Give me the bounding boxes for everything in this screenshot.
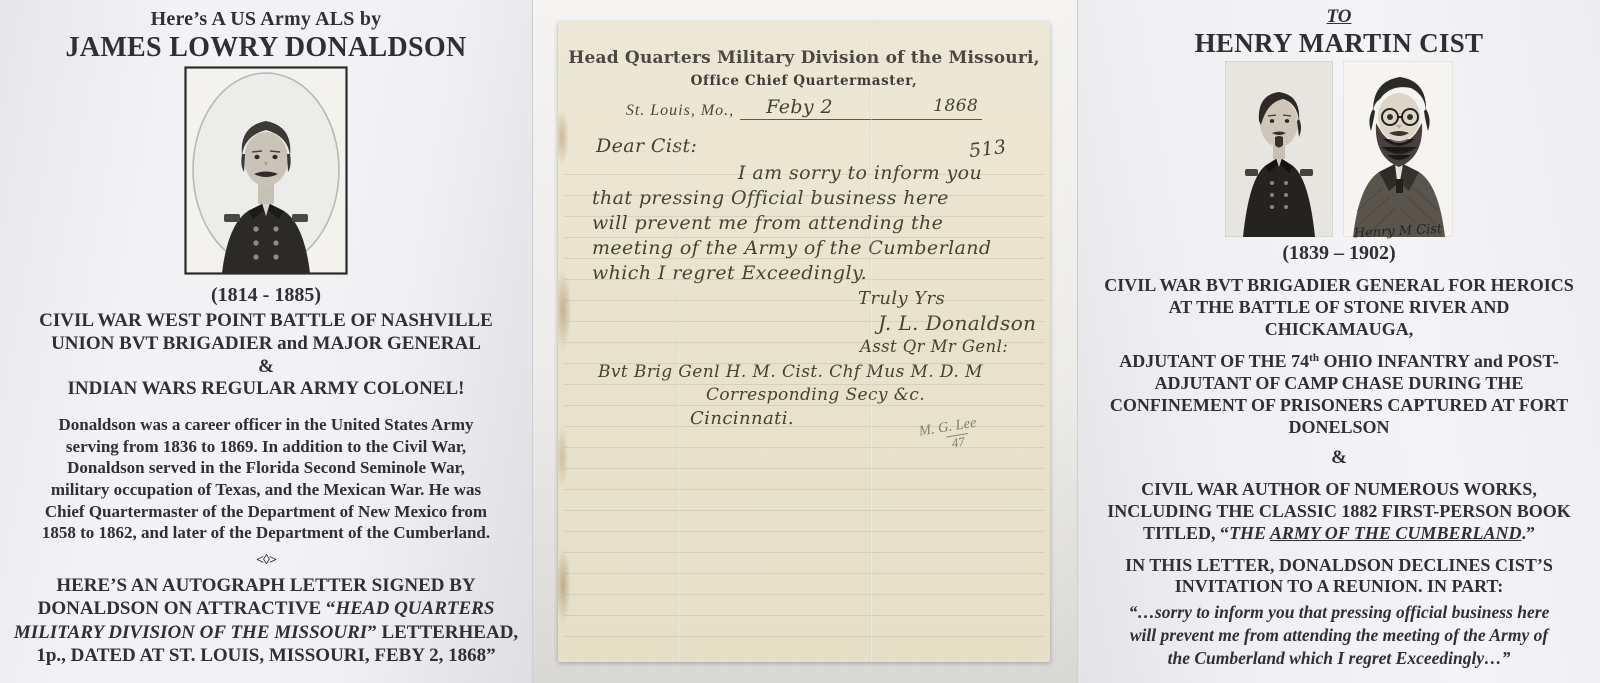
adjutant-line1-post: OHIO INFANTRY and POST-: [1319, 351, 1559, 371]
author-lines: CIVIL WAR AUTHOR OF NUMEROUS WORKS, INCL…: [1085, 479, 1593, 523]
listing-image: Here’s A US Army ALS by JAMES LOWRY DONA…: [0, 0, 1600, 683]
left-intro-line: Here’s A US Army ALS by: [8, 8, 524, 31]
cist-young-portrait-photo: [1225, 61, 1333, 237]
cist-author-paragraph: CIVIL WAR AUTHOR OF NUMEROUS WORKS, INCL…: [1085, 479, 1593, 545]
recipient-address-line2: Corresponding Secy &c.: [706, 385, 1050, 405]
letter-excerpt-quote: “…sorry to inform you that pressing offi…: [1085, 601, 1593, 669]
adjutant-rest-lines: ADJUTANT OF CAMP CHASE DURING THE CONFIN…: [1085, 373, 1593, 439]
book-title-line: TITLED, “THE ARMY OF THE CUMBERLAND.”: [1085, 523, 1593, 545]
donaldson-signature: J. L. Donaldson: [878, 311, 1050, 335]
left-description-panel: Here’s A US Army ALS by JAMES LOWRY DONA…: [0, 0, 532, 683]
book-title-the: THE: [1229, 523, 1270, 543]
recipient-address-line1: Bvt Brig Genl H. M. Cist. Chf Mus M. D. …: [598, 362, 1050, 382]
donaldson-portrait: [184, 66, 348, 280]
ampersand-divider: &: [1085, 447, 1593, 469]
donaldson-dates: (1814 - 1885): [8, 284, 524, 307]
cist-name-heading: HENRY MARTIN CIST: [1085, 28, 1593, 59]
cist-dates: (1839 – 1902): [1085, 242, 1593, 265]
right-description-panel: TO HENRY MARTIN CIST: [1078, 0, 1600, 683]
adjutant-line1-pre: ADJUTANT OF THE 74: [1119, 351, 1309, 371]
to-label: TO: [1085, 6, 1593, 28]
book-title-pre: TITLED, “: [1143, 523, 1229, 543]
pencil-notation-number: 47: [946, 433, 970, 451]
adjutant-line1: ADJUTANT OF THE 74th OHIO INFANTRY and P…: [1085, 351, 1593, 373]
cist-portraits: Henry M Cist: [1085, 61, 1593, 238]
letter-photograph: Head Quarters Military Division of the M…: [532, 0, 1078, 683]
ordinal-superscript: th: [1309, 352, 1319, 364]
cist-older-sketch: Henry M Cist: [1343, 61, 1453, 242]
letter-closing: Truly Yrs: [858, 288, 1050, 309]
donaldson-headline: CIVIL WAR WEST POINT BATTLE OF NASHVILLE…: [8, 310, 524, 401]
pencil-notation: M. G. Lee 47: [918, 416, 980, 456]
horizontal-fold-crease: [558, 507, 1050, 510]
date-blank-line: Feby 2 1868: [740, 96, 982, 120]
handwritten-year: 1868: [933, 96, 978, 118]
letterhead-place: St. Louis, Mo.,: [626, 102, 734, 120]
book-title-underlined: ARMY OF THE CUMBERLAND: [1270, 523, 1522, 543]
letter-body-handwriting: I am sorry to inform you that pressing O…: [592, 161, 1026, 286]
item-offer-text: HERE’S AN AUTOGRAPH LETTER SIGNED BY DON…: [8, 574, 524, 668]
handwritten-date: Feby 2: [766, 96, 833, 118]
letter-document: Head Quarters Military Division of the M…: [558, 22, 1050, 662]
docket-number: 513: [967, 136, 1007, 162]
donaldson-name-heading: JAMES LOWRY DONALDSON: [8, 32, 524, 64]
cist-heroics-paragraph: CIVIL WAR BVT BRIGADIER GENERAL FOR HERO…: [1085, 275, 1593, 341]
signature-rank-title: Asst Qr Mr Genl:: [860, 337, 1050, 356]
cist-older-sketch-image: [1343, 61, 1453, 237]
letterhead-title: Head Quarters Military Division of the M…: [558, 22, 1050, 68]
cist-adjutant-paragraph: ADJUTANT OF THE 74th OHIO INFANTRY and P…: [1085, 351, 1593, 439]
donaldson-portrait-image: [184, 66, 348, 275]
diamond-divider: <◊>: [8, 553, 524, 569]
letter-summary-paragraph: IN THIS LETTER, DONALDSON DECLINES CIST’…: [1085, 555, 1593, 599]
recipient-address-line3: Cincinnati.: [690, 408, 1050, 429]
donaldson-biography: Donaldson was a career officer in the Un…: [8, 414, 524, 543]
letterhead-office-line: Office Chief Quartermaster,: [558, 73, 1050, 89]
letter-dateline: St. Louis, Mo., Feby 2 1868: [558, 96, 1050, 120]
book-title-post: .”: [1521, 523, 1535, 543]
